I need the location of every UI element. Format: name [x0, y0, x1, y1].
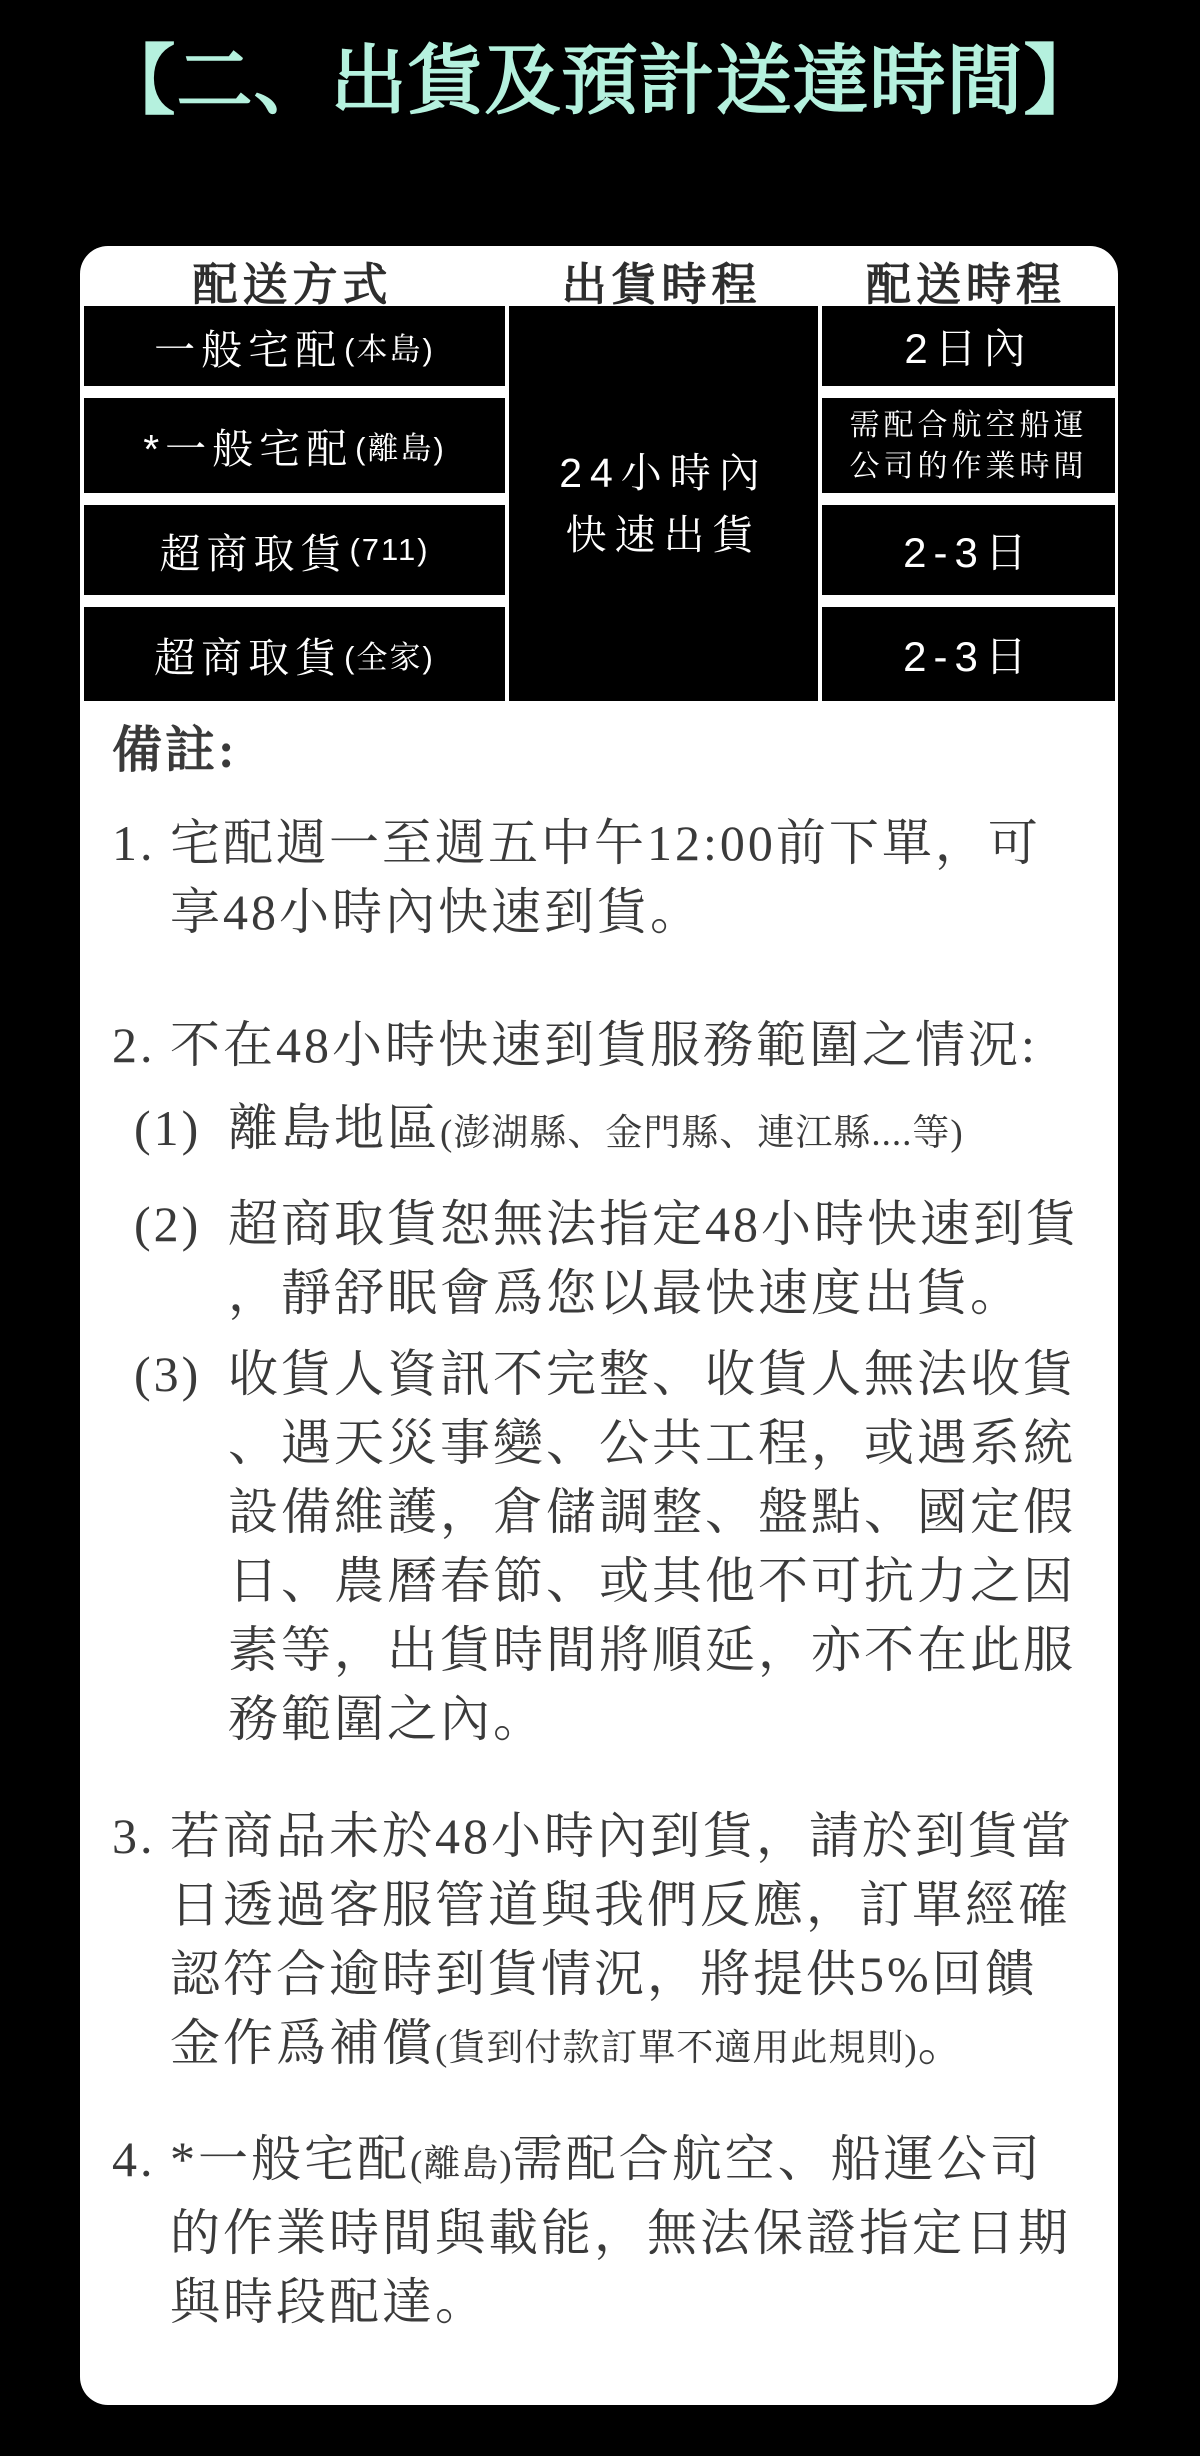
note-item-2: 2. 不在48小時快速到貨服務範圍之情況: [112, 1011, 1090, 1080]
method-label: 一般宅配 [154, 317, 342, 376]
note-text-detail: (離島) [410, 2144, 513, 2185]
note-subitem-3: (3) 收貨人資訊不完整、收貨人無法收貨、遇天災事變、公共工程，或遇系統設備維護… [134, 1340, 1090, 1754]
subnote-number: (3) [134, 1340, 228, 1409]
method-region-label: (本島) [344, 324, 435, 369]
note-subitem-1: (1) 離島地區(澎湖縣、金門縣、連江縣....等) [134, 1094, 1090, 1168]
notes-heading: 備註: [112, 715, 1090, 785]
column-header-delivery-method: 配送方式 [80, 246, 505, 313]
shipping-panel: 配送方式 出貨時程 配送時程 一般宅配(本島) *一般宅配(離島) 超商取貨(7… [80, 246, 1118, 2405]
delivery-time-outlying-line-1: 需配合航空船運 [850, 405, 1088, 446]
shipping-info-page: 【二、出貨及預計送達時間】 配送方式 出貨時程 配送時程 一般宅配(本島) *一… [0, 0, 1200, 2456]
notes-section: 備註: 1. 宅配週一至週五中午12:00前下單，可享48小時內快速到貨。 2.… [80, 701, 1118, 2337]
note-text-main: *一般宅配 [170, 2131, 410, 2187]
note-text: 宅配週一至週五中午12:00前下單，可享48小時內快速到貨。 [170, 809, 1090, 947]
note-text-end: 。 [918, 2015, 971, 2071]
note-text: *一般宅配(離島)需配合航空、船運公司的作業時間與載能，無法保證指定日期與時段配… [170, 2125, 1090, 2337]
table-row-method-home-main: 一般宅配(本島) [84, 306, 505, 386]
method-label: 超商取貨 [154, 625, 342, 684]
table-header-row: 配送方式 出貨時程 配送時程 [80, 246, 1118, 306]
schedule-line-2: 快速出貨 [566, 504, 762, 566]
subnote-text: 收貨人資訊不完整、收貨人無法收貨、遇天災事變、公共工程，或遇系統設備維護，倉儲調… [228, 1340, 1090, 1754]
note-number: 2. [112, 1011, 170, 1080]
note-text-detail: (貨到付款訂單不適用此規則) [435, 2028, 918, 2069]
column-header-shipping-schedule: 出貨時程 [505, 246, 818, 313]
note-item-3: 3. 若商品未於48小時內到貨，請於到貨當日透過客服管道與我們反應，訂單經確認符… [112, 1802, 1090, 2083]
page-title: 【二、出貨及預計送達時間】 [0, 22, 1200, 142]
note-item-1: 1. 宅配週一至週五中午12:00前下單，可享48小時內快速到貨。 [112, 809, 1090, 947]
note-text: 不在48小時快速到貨服務範圍之情況: [170, 1011, 1090, 1080]
method-region-label: (711) [349, 532, 429, 568]
delivery-time-outlying: 需配合航空船運 公司的作業時間 [822, 398, 1115, 493]
note-subitem-2: (2) 超商取貨恕無法指定48小時快速到貨，靜舒眠會爲您以最快速度出貨。 [134, 1190, 1090, 1328]
delivery-time-outlying-line-2: 公司的作業時間 [850, 446, 1088, 487]
table-row-method-store-711: 超商取貨(711) [84, 505, 505, 595]
subnote-number: (1) [134, 1094, 228, 1163]
note-item-4: 4. *一般宅配(離島)需配合航空、船運公司的作業時間與載能，無法保證指定日期與… [112, 2125, 1090, 2337]
delivery-time-home: 2日內 [822, 306, 1115, 386]
note-number: 4. [112, 2125, 170, 2194]
shipping-schedule-cell: 24小時內 快速出貨 [509, 306, 818, 701]
table-row-method-home-outlying: *一般宅配(離島) [84, 398, 505, 493]
delivery-time-family: 2-3日 [822, 607, 1115, 701]
method-region-label: (離島) [355, 423, 446, 468]
subnote-number: (2) [134, 1190, 228, 1259]
note-number: 1. [112, 809, 170, 878]
note-text: 若商品未於48小時內到貨，請於到貨當日透過客服管道與我們反應，訂單經確認符合逾時… [170, 1802, 1090, 2083]
subnote-text-detail: (澎湖縣、金門縣、連江縣....等) [440, 1113, 964, 1154]
shipping-table: 一般宅配(本島) *一般宅配(離島) 超商取貨(711) 超商取貨(全家) 24… [80, 306, 1118, 701]
subnote-text: 離島地區(澎湖縣、金門縣、連江縣....等) [228, 1094, 1090, 1168]
subnote-text: 超商取貨恕無法指定48小時快速到貨，靜舒眠會爲您以最快速度出貨。 [228, 1190, 1090, 1328]
note-number: 3. [112, 1802, 170, 1871]
method-label: *一般宅配 [143, 416, 353, 475]
column-header-delivery-schedule: 配送時程 [818, 246, 1114, 313]
table-row-method-store-family: 超商取貨(全家) [84, 607, 505, 701]
schedule-line-1: 24小時內 [559, 442, 768, 504]
delivery-time-711: 2-3日 [822, 505, 1115, 595]
method-label: 超商取貨 [159, 521, 347, 580]
subnote-text-main: 離島地區 [228, 1100, 440, 1156]
method-region-label: (全家) [344, 632, 435, 677]
